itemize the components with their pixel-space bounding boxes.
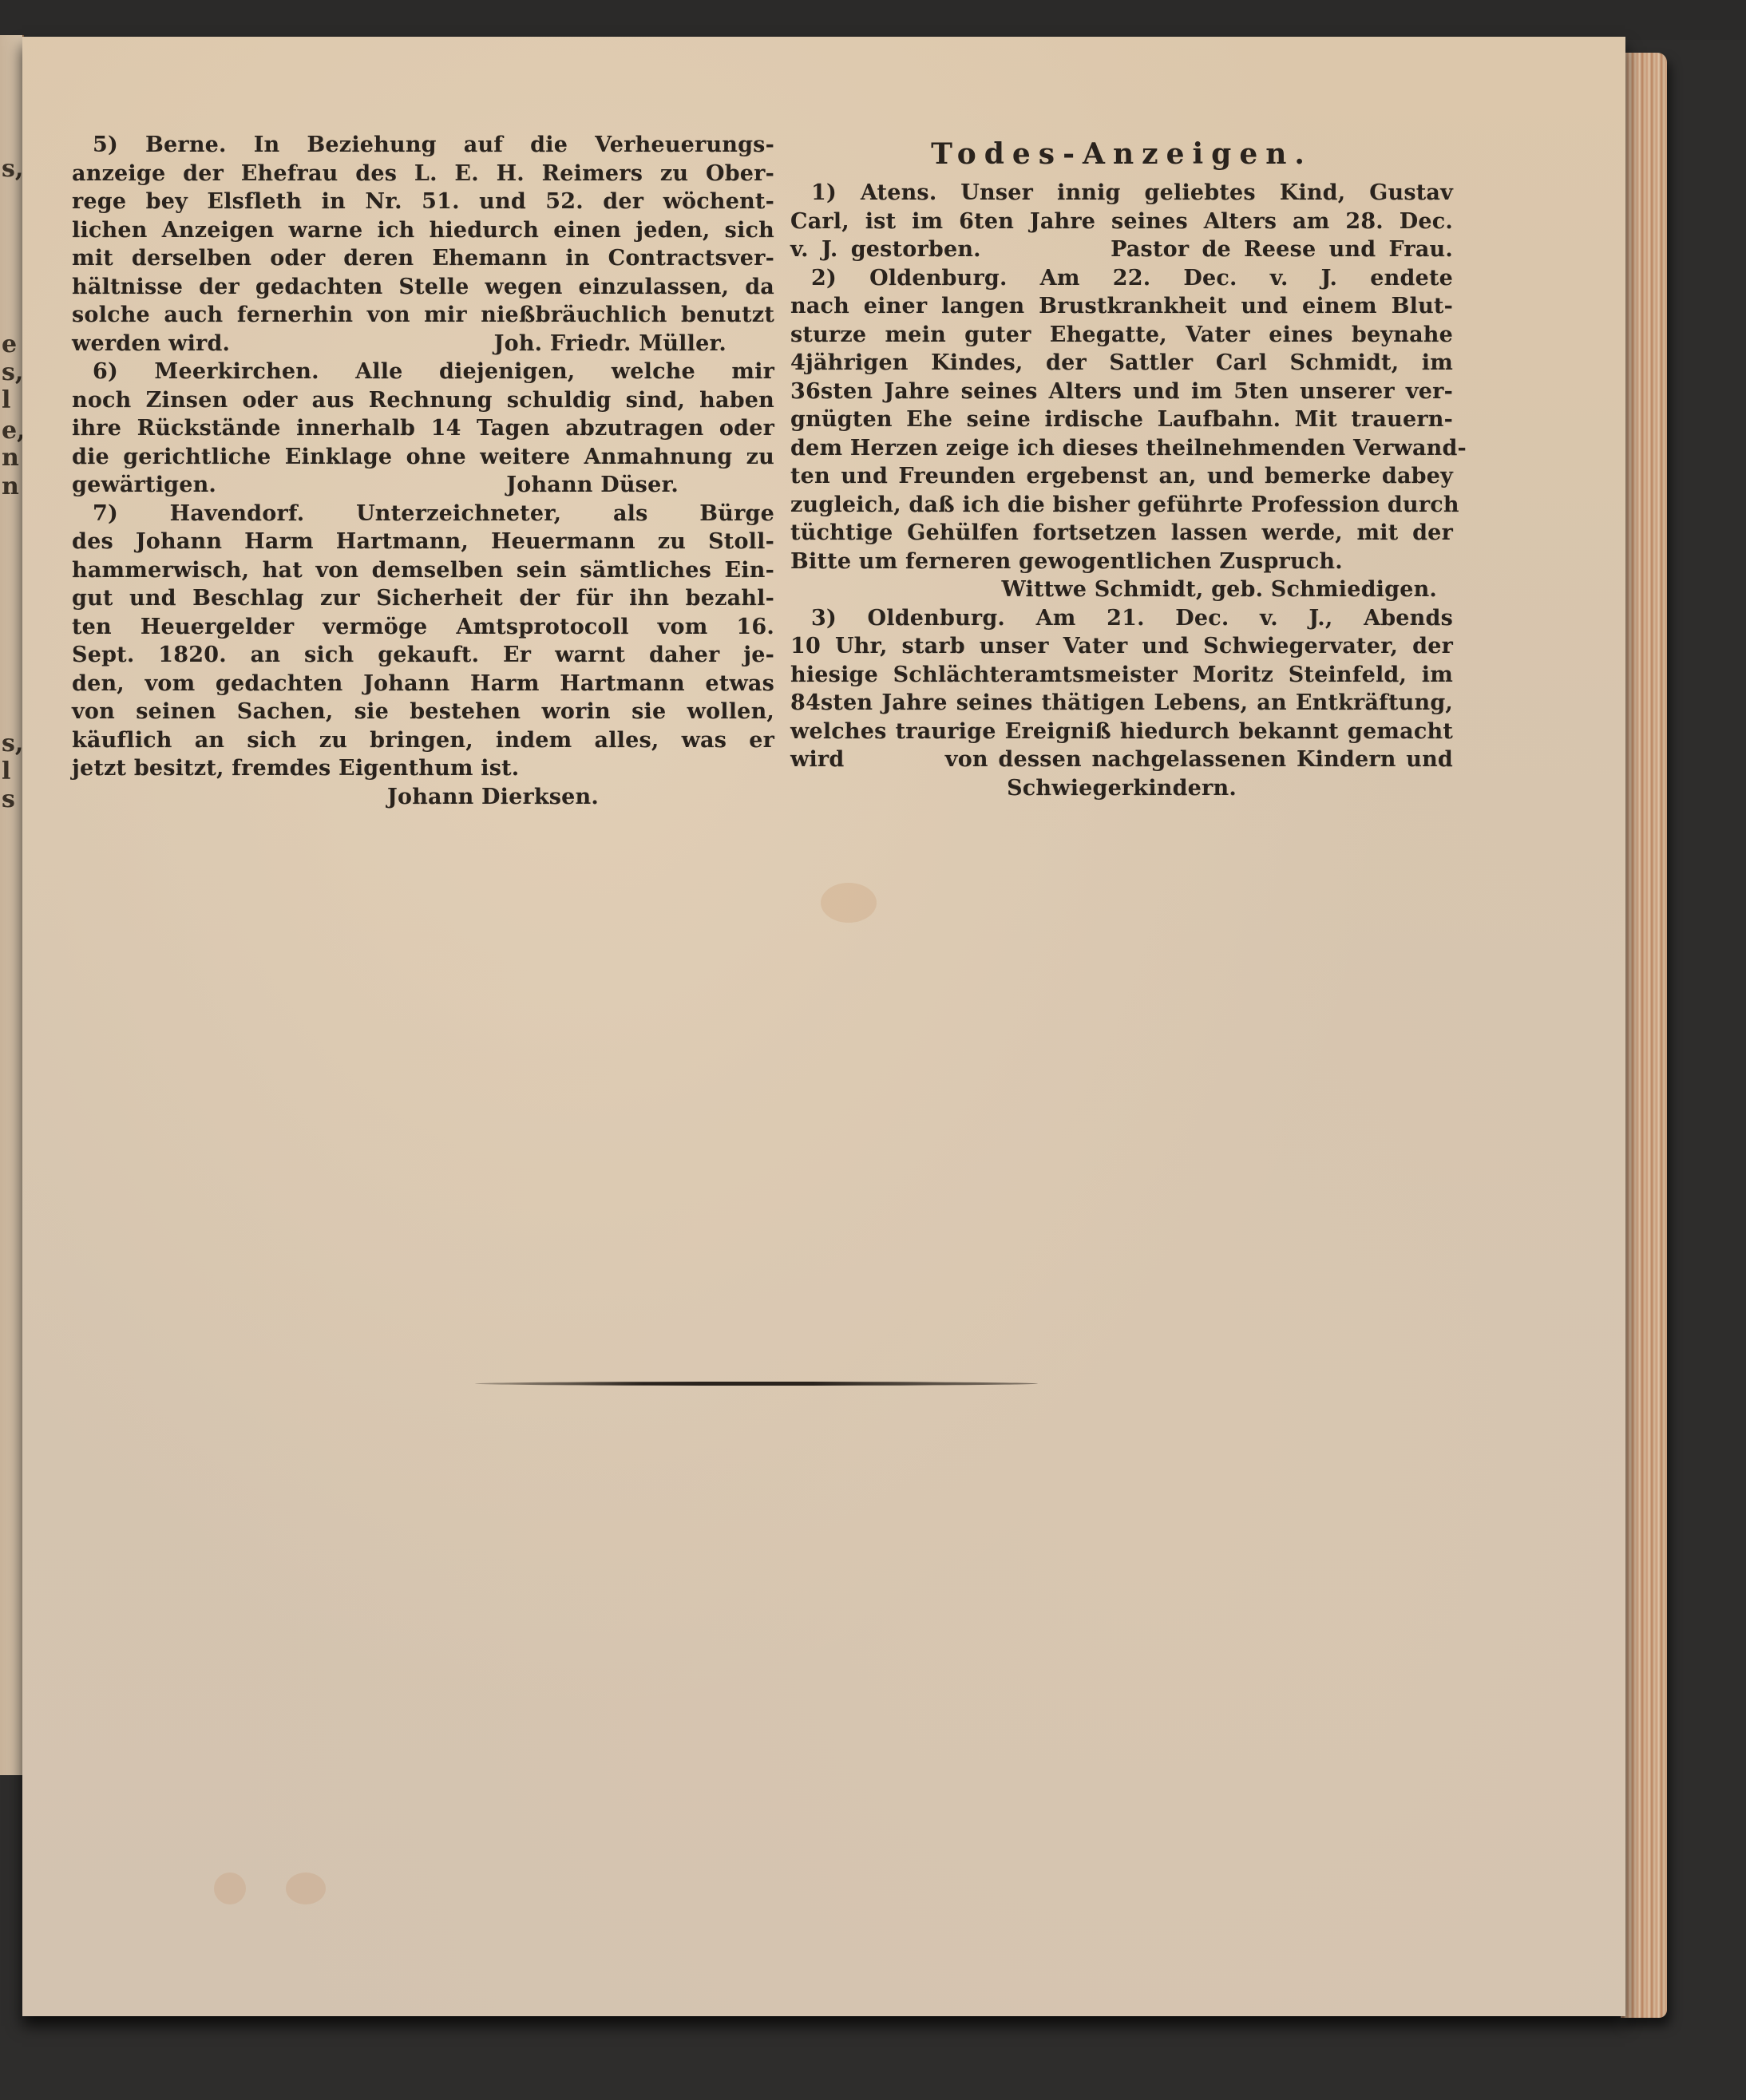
text-line: 4jährigen Kindes, der Sattler Carl Schmi…: [790, 349, 1453, 378]
text-line: ten und Freunden ergebenst an, und bemer…: [790, 462, 1453, 491]
text-line: 5) Berne. In Beziehung auf die Verheueru…: [72, 131, 774, 160]
text-line: hammerwisch, hat von demselben sein sämt…: [72, 556, 774, 585]
prev-page-fragment: l: [2, 757, 10, 785]
death-notice-atens: 1) Atens. Unser innig geliebtes Kind, Gu…: [790, 179, 1453, 264]
paper-stain: [286, 1873, 326, 1904]
text-line: gnügten Ehe seine irdische Laufbahn. Mit…: [790, 405, 1453, 434]
text-line: den, vom gedachten Johann Harm Hartmann …: [72, 670, 774, 698]
text-line: dem Herzen zeige ich dieses theilnehmend…: [790, 434, 1453, 463]
text-line: hiesige Schlächteramtsmeister Moritz Ste…: [790, 661, 1453, 690]
text-line: sturze mein guter Ehegatte, Vater eines …: [790, 321, 1453, 350]
text-line: mit derselben oder deren Ehemann in Cont…: [72, 244, 774, 273]
paper-stain: [214, 1873, 246, 1904]
text-line: 10 Uhr, starb unser Vater und Schwiegerv…: [790, 632, 1453, 661]
text-line: zugleich, daß ich die bisher geführte Pr…: [790, 491, 1453, 520]
text-line: Carl, ist im 6ten Jahre seines Alters am…: [790, 208, 1453, 236]
signature: Wittwe Schmidt, geb. Schmiedigen.: [790, 575, 1453, 604]
signature: Joh. Friedr. Müller.: [494, 330, 727, 358]
section-heading: Todes-Anzeigen.: [790, 131, 1453, 177]
scan-backdrop: [0, 0, 1746, 40]
document-page: 5) Berne. In Beziehung auf die Verheueru…: [22, 37, 1625, 2016]
text-line: ten Heuergelder vermöge Amtsprotocoll vo…: [72, 613, 774, 642]
text-line: werden wird. Joh. Friedr. Müller.: [72, 330, 774, 358]
text-line: tüchtige Gehülfen fortsetzen lassen werd…: [790, 519, 1453, 548]
text-line: hältnisse der gedachten Stelle wegen ein…: [72, 273, 774, 302]
text-line: v. J. gestorben. Pastor de Reese und Fra…: [790, 235, 1453, 264]
notice-meerkirchen: 6) Meerkirchen. Alle diejenigen, welche …: [72, 358, 774, 500]
prev-page-fragment: s: [2, 785, 15, 813]
text-line: gut und Beschlag zur Sicherheit der für …: [72, 584, 774, 613]
signature: Johann Düser.: [506, 471, 679, 500]
text-line: des Johann Harm Hartmann, Heuermann zu S…: [72, 528, 774, 556]
text-line: noch Zinsen oder aus Rechnung schuldig s…: [72, 386, 774, 415]
text-line: 1) Atens. Unser innig geliebtes Kind, Gu…: [790, 179, 1453, 208]
text-line: 3) Oldenburg. Am 21. Dec. v. J., Abends: [790, 604, 1453, 633]
prev-page-fragment: n: [2, 473, 19, 500]
text-line-end: werden wird.: [72, 331, 230, 356]
prev-page-fragment: n: [2, 444, 19, 472]
text-line: die gerichtliche Einklage ohne weitere A…: [72, 443, 774, 472]
prev-page-fragment: e: [2, 330, 17, 358]
text-line: Sept. 1820. an sich gekauft. Er warnt da…: [72, 641, 774, 670]
death-notice-oldenburg-steinfeld: 3) Oldenburg. Am 21. Dec. v. J., Abends …: [790, 604, 1453, 803]
text-line: rege bey Elsfleth in Nr. 51. und 52. der…: [72, 188, 774, 216]
left-column: 5) Berne. In Beziehung auf die Verheueru…: [72, 131, 774, 811]
text-line: 84sten Jahre seines thätigen Lebens, an …: [790, 689, 1453, 718]
prev-page-fragment: s,: [2, 358, 23, 386]
signature: Schwiegerkindern.: [790, 774, 1453, 803]
text-line: welches traurige Ereigniß hiedurch bekan…: [790, 718, 1453, 746]
prev-page-fragment: s,: [2, 155, 23, 183]
section-divider-rule: [475, 1382, 1038, 1386]
text-line: von seinen Sachen, sie bestehen worin si…: [72, 698, 774, 726]
notice-berne: 5) Berne. In Beziehung auf die Verheueru…: [72, 131, 774, 358]
text-line: jetzt besitzt, fremdes Eigenthum ist.: [72, 754, 774, 783]
text-line-end: gewärtigen.: [72, 473, 216, 497]
notice-havendorf: 7) Havendorf. Unterzeichneter, als Bürge…: [72, 500, 774, 812]
text-line: ihre Rückstände innerhalb 14 Tagen abzut…: [72, 414, 774, 443]
text-line: lichen Anzeigen warne ich hiedurch einen…: [72, 216, 774, 245]
text-line: 36sten Jahre seines Alters und im 5ten u…: [790, 378, 1453, 406]
text-line: solche auch fernerhin von mir nießbräuch…: [72, 301, 774, 330]
text-line: nach einer langen Brustkrankheit und ein…: [790, 292, 1453, 321]
text-line: wird von dessen nachgelassenen Kindern u…: [790, 745, 1453, 774]
prev-page-fragment: s,: [2, 730, 23, 757]
text-line: gewärtigen. Johann Düser.: [72, 471, 774, 500]
previous-page-edge: s, e s, l e, n n s, l s: [0, 35, 24, 1775]
text-line: 7) Havendorf. Unterzeichneter, als Bürge: [72, 500, 774, 528]
text-line: anzeige der Ehefrau des L. E. H. Reimers…: [72, 160, 774, 188]
text-line: Bitte um ferneren gewogentlichen Zuspruc…: [790, 548, 1453, 576]
right-column: Todes-Anzeigen. 1) Atens. Unser innig ge…: [790, 131, 1453, 802]
page-stack-edge: [1621, 53, 1667, 2018]
death-notice-oldenburg-schmidt: 2) Oldenburg. Am 22. Dec. v. J. endete n…: [790, 264, 1453, 604]
paper-stain: [821, 883, 877, 923]
signature: Johann Dierksen.: [72, 783, 774, 812]
text-line: 6) Meerkirchen. Alle diejenigen, welche …: [72, 358, 774, 386]
text-line: 2) Oldenburg. Am 22. Dec. v. J. endete: [790, 264, 1453, 293]
text-line: käuflich an sich zu bringen, indem alles…: [72, 726, 774, 755]
prev-page-fragment: l: [2, 386, 10, 414]
